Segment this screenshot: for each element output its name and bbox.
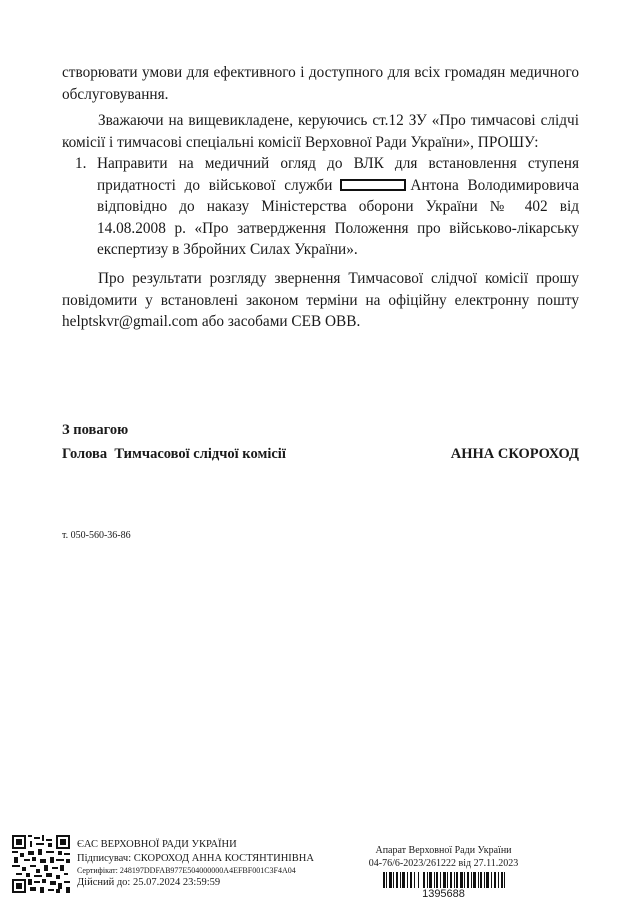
list-number: 1. — [75, 153, 86, 175]
stamp-valid-until: Дійсний до: 25.07.2024 23:59:59 — [77, 876, 314, 890]
list-line-4: 14.08.2008 р. «Про затвердження Положенн… — [97, 218, 579, 240]
registration-number: 04-76/6-2023/261222 від 27.11.2023 — [356, 857, 531, 870]
barcode-number: 1395688 — [356, 888, 531, 900]
list-line-2-after: Антона Володимировича — [410, 177, 579, 194]
closing-regards: З повагою — [62, 422, 579, 439]
results-line-2: повідомити у встановлені законом терміни… — [62, 290, 579, 312]
list-line-2-before: придатності до військової служби — [97, 177, 332, 194]
signer-name: АННА СКОРОХОД — [451, 446, 579, 463]
qr-code-icon — [12, 835, 70, 893]
list-line-5: експертизу в Збройних Силах України». — [97, 239, 579, 261]
stamp-certificate: Сертифікат: 248197DDFAB977E504000000A4EF… — [77, 865, 314, 876]
list-line-2: придатності до військової службиАнтона В… — [97, 175, 579, 197]
barcode-icon — [383, 872, 505, 888]
e-signature-stamp: ЄАС ВЕРХОВНОЇ РАДИ УКРАЇНИ Підписувач: С… — [77, 838, 314, 890]
list-line-3: відповідно до наказу Міністерства оборон… — [97, 196, 579, 218]
results-line-3: helptskvr@gmail.com або засобами СЕВ ОВВ… — [62, 311, 579, 333]
results-line-1: Про результати розгляду звернення Тимчас… — [62, 268, 579, 290]
request-line-1: Зважаючи на вищевикладене, керуючись ст.… — [62, 110, 579, 132]
intro-line-2: обслуговування. — [62, 84, 579, 106]
results-paragraph: Про результати розгляду звернення Тимчас… — [62, 268, 579, 333]
stamp-system: ЄАС ВЕРХОВНОЇ РАДИ УКРАЇНИ — [77, 838, 314, 852]
list-line-1: Направити на медичний огляд до ВЛК для в… — [97, 153, 579, 175]
contact-phone: т. 050-560-36-86 — [62, 530, 131, 541]
intro-paragraph: створювати умови для ефективного і досту… — [62, 62, 579, 105]
intro-line-1: створювати умови для ефективного і досту… — [62, 62, 579, 84]
signature-line: Голова Тимчасової слідчої комісії АННА С… — [62, 446, 579, 463]
signer-position: Голова Тимчасової слідчої комісії — [62, 446, 286, 462]
stamp-signer: Підписувач: СКОРОХОД АННА КОСТЯНТИНІВНА — [77, 852, 314, 866]
request-list-item: 1. Направити на медичний огляд до ВЛК дл… — [97, 153, 579, 261]
request-paragraph: Зважаючи на вищевикладене, керуючись ст.… — [62, 110, 579, 153]
registration-org: Апарат Верховної Ради України — [356, 844, 531, 857]
request-line-2: комісії і тимчасові спеціальні комісії В… — [62, 132, 579, 154]
registration-stamp: Апарат Верховної Ради України 04-76/6-20… — [356, 844, 531, 900]
redacted-surname-box — [340, 179, 406, 191]
